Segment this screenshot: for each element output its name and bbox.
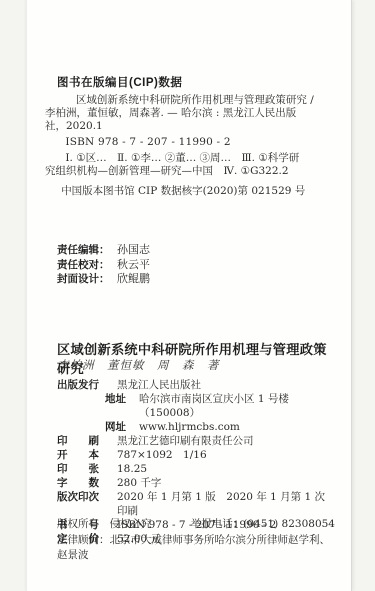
credit-label: 封面设计： (57, 272, 117, 287)
pub-row: 印 张18.25 (57, 462, 335, 476)
pub-label: 网址 (105, 420, 139, 434)
cip-classification-line: 究组织机构—创新管理—研究—中国 Ⅳ. ①G322.2 (45, 165, 335, 178)
cip-isbn-line: ISBN 978 - 7 - 207 - 11990 - 2 (57, 136, 335, 148)
authors-line: 李柏洲 董恒敏 周 森 著 (57, 357, 335, 373)
cip-header: 图书在版编目(CIP)数据 (57, 74, 335, 90)
pub-label: 出版发行 (57, 378, 117, 392)
pub-value: 黑龙江人民出版社 (117, 378, 335, 392)
pub-label: 地址 (105, 392, 139, 420)
pub-value: 黑龙江艺德印刷有限责任公司 (117, 434, 335, 448)
credit-value: 孙国志 (117, 243, 335, 258)
credit-label: 责任校对： (57, 258, 117, 273)
pub-value: www.hljrmcbs.com (139, 420, 335, 434)
cip-classification-line: Ⅰ. ①区… Ⅱ. ①李… ②董… ③周… Ⅲ. ①科学研 (57, 152, 335, 165)
pub-row: 印 刷黑龙江艺德印刷有限责任公司 (57, 434, 335, 448)
copyright-page: 图书在版编目(CIP)数据 区域创新系统中科研院所作用机理与管理政策研究 / 李… (26, 0, 352, 591)
copyright-notice: 版权所有 侵权必究 (57, 516, 152, 531)
credit-row: 封面设计：欣鲲鹏 (57, 272, 335, 287)
credit-label: 责任编辑： (57, 243, 117, 258)
pub-row: 版次印次2020 年 1 月第 1 版 2020 年 1 月第 1 次印刷 (57, 490, 335, 518)
cip-description-line: 社，2020.1 (45, 120, 335, 133)
pub-row: 字 数280 千字 (57, 476, 335, 490)
pub-value: 2020 年 1 月第 1 版 2020 年 1 月第 1 次印刷 (117, 490, 335, 518)
credit-row: 责任编辑：孙国志 (57, 243, 335, 258)
pub-label: 印 刷 (57, 434, 117, 448)
pub-row: 开 本787×1092 1/16 (57, 448, 335, 462)
credit-value: 秋云平 (117, 258, 335, 273)
credit-value: 欣鲲鹏 (117, 272, 335, 287)
cip-description: 区域创新系统中科研院所作用机理与管理政策研究 / 李柏洲，董恒敏，周森著. — … (57, 94, 335, 133)
pub-label: 印 张 (57, 462, 117, 476)
legal-counsel-line: 法律顾问：北京市大成律师事务所哈尔滨分所律师赵学利、赵景波 (57, 532, 335, 562)
pub-value: 787×1092 1/16 (117, 448, 335, 462)
cip-record-number: 中国版本图书馆 CIP 数据核字(2020)第 021529 号 (57, 183, 335, 198)
cip-description-line: 区域创新系统中科研院所作用机理与管理政策研究 / (57, 94, 335, 107)
pub-label: 版次印次 (57, 490, 117, 518)
credits-block: 责任编辑：孙国志 责任校对：秋云平 封面设计：欣鲲鹏 (57, 243, 335, 287)
report-phone: 举报电话：(0451) 82308054 (191, 516, 335, 531)
pub-row: 出版发行黑龙江人民出版社 (57, 378, 335, 392)
pub-row: 地址哈尔滨市南岗区宣庆小区 1 号楼（150008） (57, 392, 335, 420)
cip-description-line: 李柏洲，董恒敏，周森著. — 哈尔滨 : 黑龙江人民出版 (45, 107, 335, 120)
pub-label: 开 本 (57, 448, 117, 462)
pub-value: 18.25 (117, 462, 335, 476)
cip-classification: Ⅰ. ①区… Ⅱ. ①李… ②董… ③周… Ⅲ. ①科学研 究组织机构—创新管理… (57, 152, 335, 178)
credit-row: 责任校对：秋云平 (57, 258, 335, 273)
pub-row: 网址www.hljrmcbs.com (57, 420, 335, 434)
pub-value: 哈尔滨市南岗区宣庆小区 1 号楼（150008） (139, 392, 335, 420)
copyright-footer: 版权所有 侵权必究 举报电话：(0451) 82308054 (57, 516, 335, 531)
pub-value: 280 千字 (117, 476, 335, 490)
pub-label: 字 数 (57, 476, 117, 490)
